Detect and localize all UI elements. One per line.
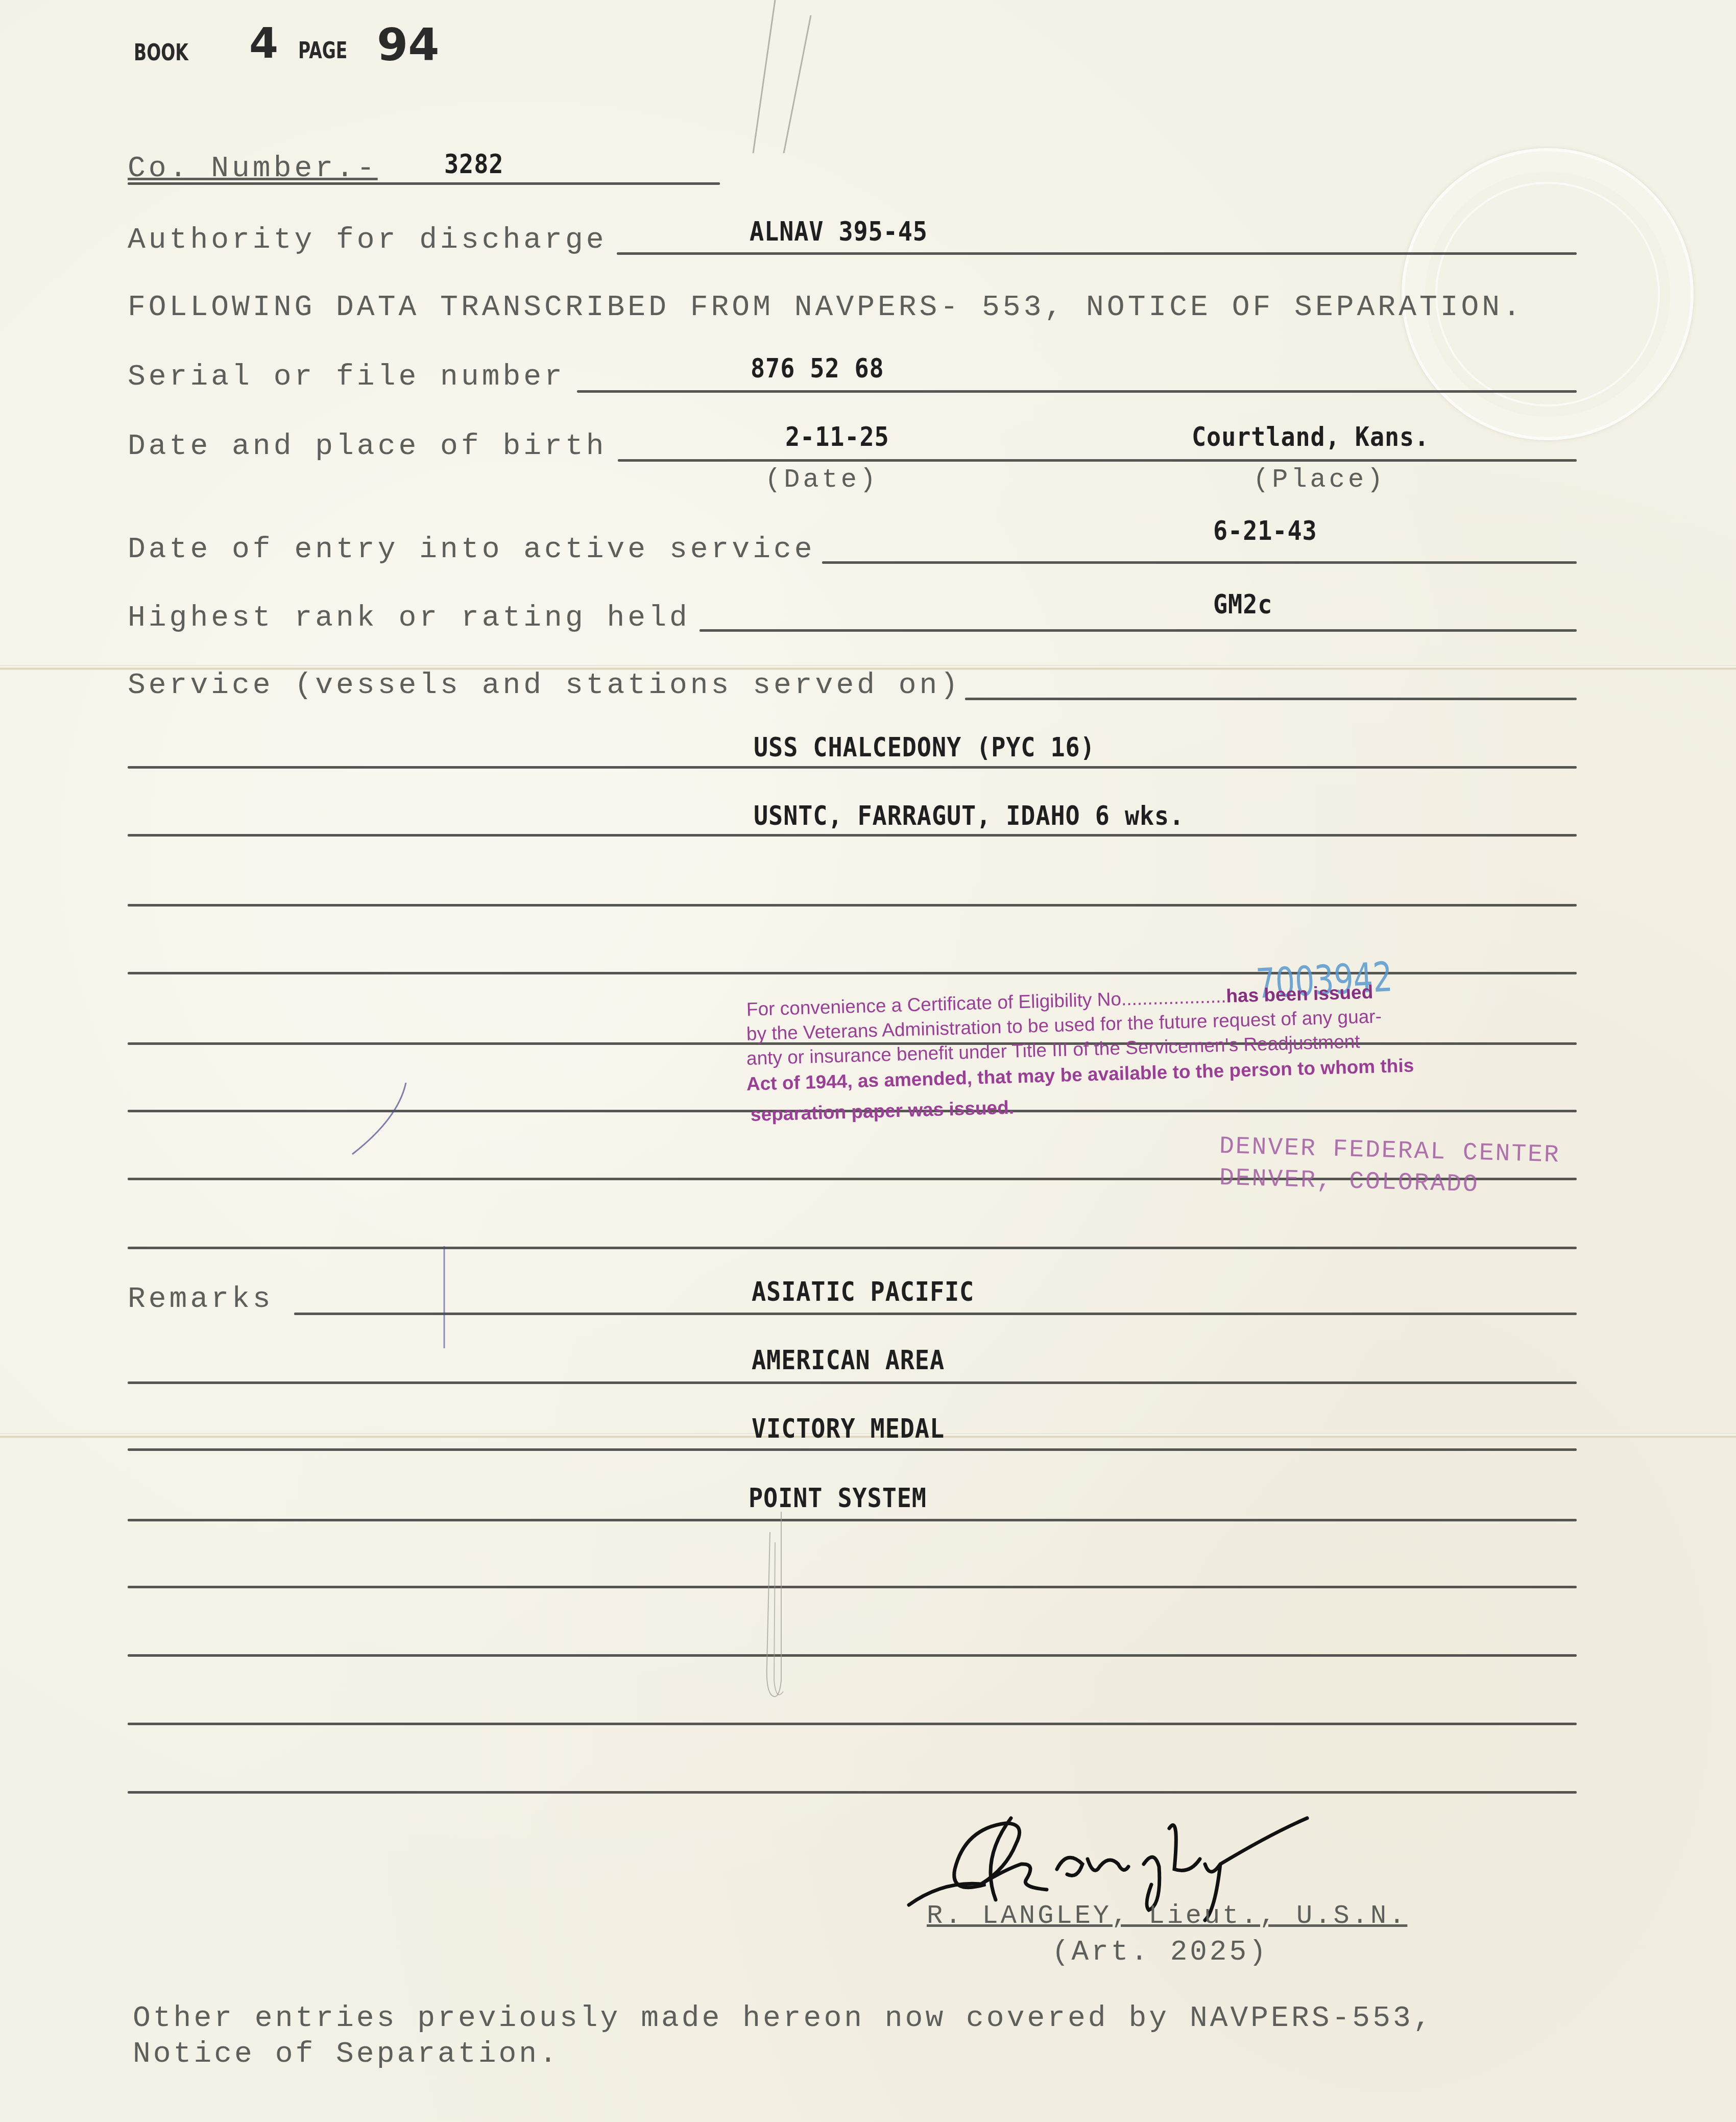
book-label: BOOK: [134, 40, 188, 66]
birth-rule: [618, 459, 1577, 462]
service-entry: USNTC, FARRAGUT, IDAHO 6 wks.: [754, 801, 1184, 831]
stamp-line-5: separation paper was issued.: [750, 1097, 1014, 1126]
remarks-label: Remarks: [128, 1283, 274, 1316]
remarks-rule: [128, 1519, 1577, 1521]
footer-line-2: Notice of Separation.: [133, 2037, 560, 2072]
rank-rule: [700, 629, 1577, 632]
birth-label: Date and place of birth: [128, 430, 607, 463]
ink-mark: [337, 1083, 414, 1159]
rank-label: Highest rank or rating held: [128, 602, 690, 635]
co-number-rule: [128, 182, 720, 185]
serial-label: Serial or file number: [128, 361, 565, 394]
birth-place-caption: (Place): [1253, 465, 1386, 495]
signer-name: R. LANGLEY, Lieut., U.S.N.: [927, 1901, 1407, 1931]
serial-rule: [577, 390, 1577, 393]
signer-article: (Art. 2025): [1052, 1936, 1269, 1968]
blank-rule: [128, 1723, 1577, 1725]
blank-rule: [128, 1791, 1577, 1794]
paper-clip-mark: [761, 1512, 791, 1706]
blank-rule: [128, 1247, 1577, 1249]
remarks-rule: [294, 1313, 1577, 1315]
co-number-value: 3282: [444, 149, 503, 180]
remarks-rule: [128, 1448, 1577, 1451]
service-rule-2: [128, 834, 1577, 837]
remarks-entry: VICTORY MEDAL: [752, 1414, 945, 1444]
birth-date-value: 2-11-25: [785, 422, 889, 452]
page-number: 94: [377, 18, 439, 71]
remarks-entry: AMERICAN AREA: [752, 1345, 945, 1376]
page-label: PAGE: [298, 38, 347, 64]
pencil-marks: [751, 0, 822, 153]
entry-label: Date of entry into active service: [128, 533, 815, 566]
birth-date-caption: (Date): [765, 465, 879, 495]
birth-place-value: Courtland, Kans.: [1192, 422, 1429, 452]
serial-value: 876 52 68: [751, 353, 884, 384]
service-rule: [965, 698, 1577, 700]
authority-rule: [617, 252, 1577, 255]
authority-label: Authority for discharge: [128, 224, 607, 257]
authority-value: ALNAV 395-45: [750, 217, 928, 247]
blank-rule: [128, 904, 1577, 907]
transcribed-notice: FOLLOWING DATA TRANSCRIBED FROM NAVPERS-…: [128, 291, 1524, 324]
remarks-rule: [128, 1381, 1577, 1384]
co-number-label: Co. Number.-: [128, 152, 378, 185]
service-rule-1: [128, 766, 1577, 769]
service-entry: USS CHALCEDONY (PYC 16): [754, 732, 1095, 763]
remarks-entry: ASIATIC PACIFIC: [752, 1277, 974, 1307]
rank-value: GM2c: [1213, 589, 1272, 620]
entry-value: 6-21-43: [1213, 516, 1317, 546]
book-number: 4: [249, 19, 278, 68]
blank-rule: [128, 1654, 1577, 1657]
entry-rule: [822, 561, 1577, 564]
denver-stamp-line-2: DENVER, COLORADO: [1219, 1164, 1479, 1199]
footer-line-1: Other entries previously made hereon now…: [133, 2001, 1434, 2037]
denver-stamp-line-1: DENVER FEDERAL CENTER: [1219, 1133, 1560, 1169]
service-label: Service (vessels and stations served on): [128, 669, 961, 702]
remarks-entry: POINT SYSTEM: [749, 1483, 927, 1514]
ink-mark: [439, 1246, 449, 1348]
blank-rule: [128, 1586, 1577, 1588]
